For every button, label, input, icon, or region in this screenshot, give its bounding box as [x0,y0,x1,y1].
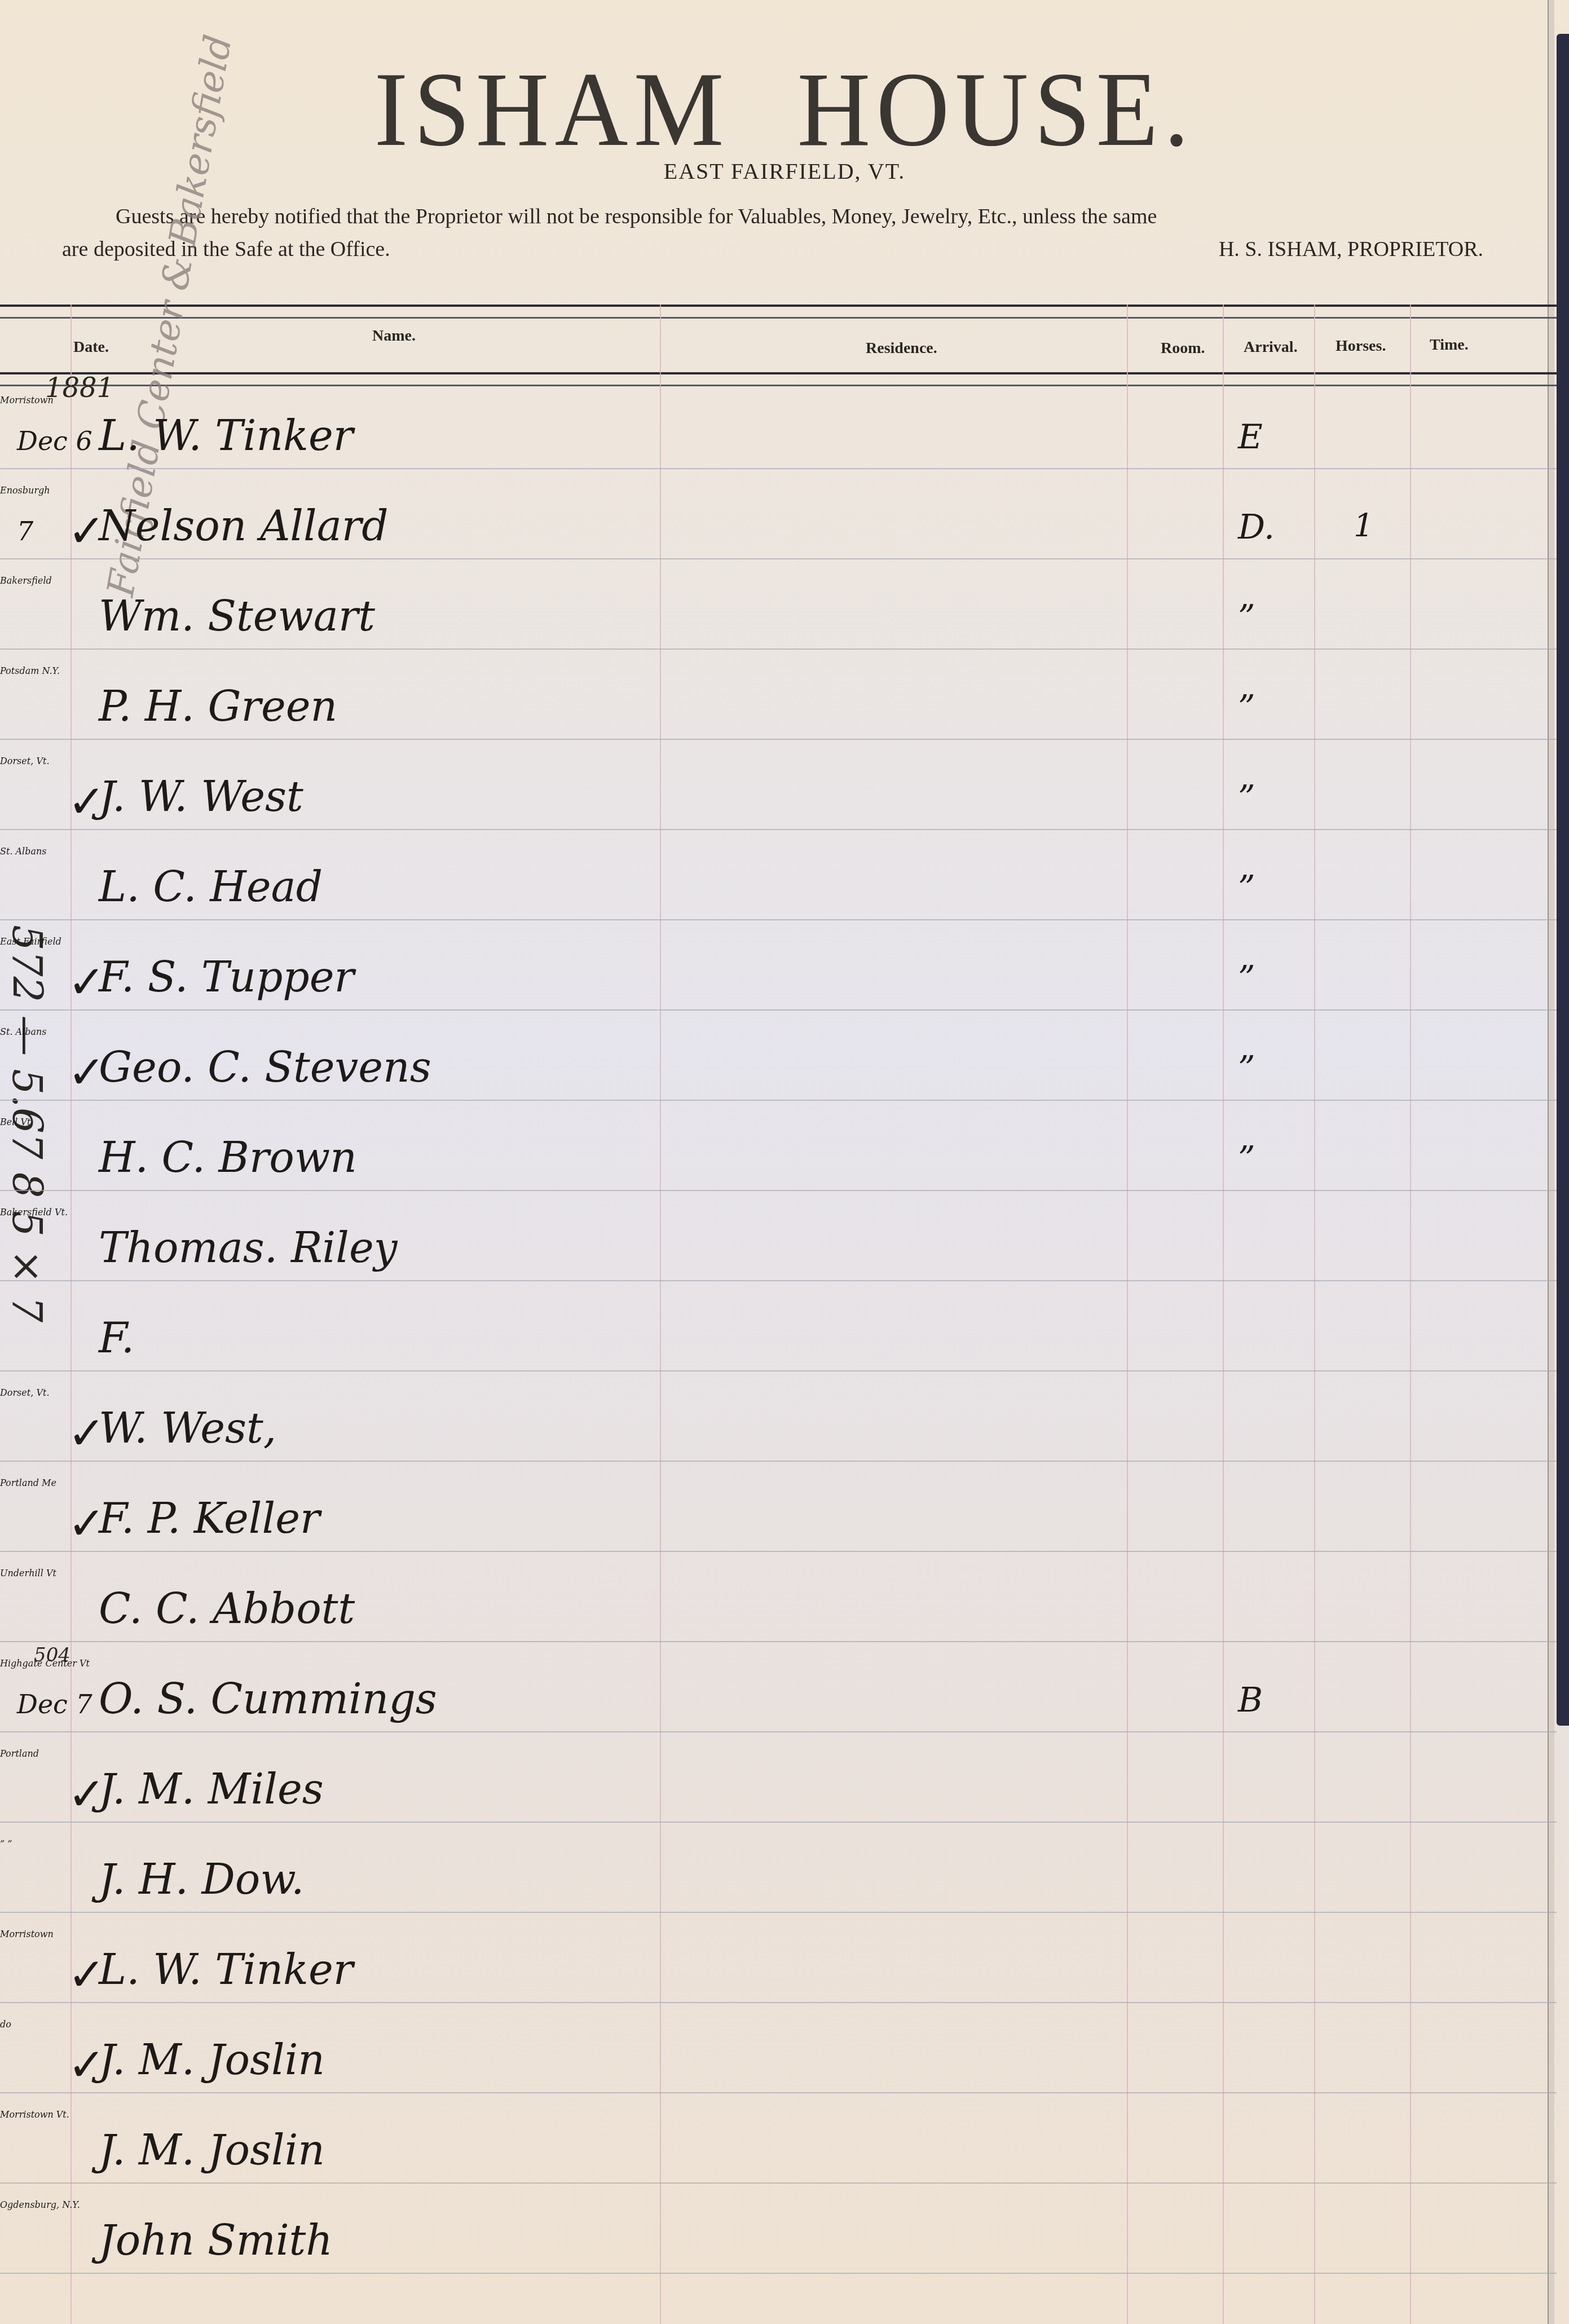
header-bottom-rule [0,372,1557,386]
guest-residence: Underhill Vt [0,1568,56,1578]
table-row: L. C. HeadSt. Albans” [0,846,1557,931]
table-row: ✓F. S. TupperEast Fairfield” [0,936,1557,1021]
table-row: H. C. BrownBell Vt” [0,1117,1557,1201]
guest-name: Geo. C. Stevens [99,1043,431,1092]
guest-residence: Highgate Center Vt [0,1658,90,1669]
guest-residence: ” ” [0,1838,12,1849]
notice-line-2-wrap: are deposited in the Safe at the Office.… [62,233,1528,266]
guest-residence: do [0,2019,11,2030]
header-top-rule [0,305,1557,319]
guest-residence: Portland [0,1748,39,1759]
guest-residence: Morristown [0,395,54,405]
arrival-cell: ” [1238,1049,1255,1088]
guest-name: J. M. Miles [99,1765,324,1814]
arrival-cell: ” [1238,598,1255,637]
col-room: Room. [1161,339,1205,358]
table-row: ✓J. M. Joslindo [0,2019,1557,2103]
proprietor-signature: H. S. ISHAM, PROPRIETOR. [1219,233,1483,266]
guest-name: F. [99,1314,134,1362]
table-row: John SmithOgdensburg, N.Y. [0,2199,1557,2284]
column-headers: Date. Name. Residence. Room. Arrival. Ho… [0,321,1557,372]
table-row: P. H. GreenPotsdam N.Y.” [0,665,1557,750]
guest-name: J. M. Joslin [99,2126,325,2175]
table-row: ✓J. W. WestDorset, Vt.” [0,756,1557,840]
guest-residence: Enosburgh [0,485,50,496]
table-row: ✓Geo. C. StevensSt. Albans” [0,1026,1557,1111]
guest-name: Wm. Stewart [99,592,375,641]
guest-name: W. West, [99,1404,276,1453]
guest-name: Nelson Allard [99,502,389,550]
guest-residence: St. Albans [0,1026,47,1037]
notice-line-1: Guests are hereby notified that the Prop… [62,200,1528,233]
arrival-cell: B [1238,1681,1263,1720]
notice-line-2: are deposited in the Safe at the Office. [62,233,390,266]
guest-name: J. W. West [99,773,303,821]
guest-residence: Morristown Vt. [0,2109,69,2120]
guest-name: P. H. Green [99,682,337,731]
book-spine [1557,34,1569,1726]
guest-residence: Bakersfield Vt. [0,1207,68,1218]
date-cell: 7 [17,516,33,546]
guest-name: F. S. Tupper [99,953,354,1002]
arrival-cell: ” [1238,959,1255,998]
col-horses: Horses. [1336,337,1386,355]
arrival-cell: ” [1238,688,1255,727]
table-row: Dec 6L. W. TinkerMorristownE [0,395,1557,479]
horses-cell: 1 [1354,508,1374,544]
arrival-cell: ” [1238,778,1255,818]
guest-name: L. W. Tinker [99,1946,353,1994]
table-row: C. C. AbbottUnderhill Vt [0,1568,1557,1652]
arrival-cell: E [1238,417,1263,457]
register-page: ISHAMHOUSE. EAST FAIRFIELD, VT. Guests a… [0,0,1569,2324]
table-row: Thomas. RileyBakersfield Vt. [0,1207,1557,1291]
table-row: J. M. JoslinMorristown Vt. [0,2109,1557,2194]
date-cell: Dec 6 [17,426,92,456]
col-time: Time. [1430,336,1469,354]
table-row: 7✓Nelson AllardEnosburghD.1 [0,485,1557,570]
guest-residence: Bell Vt [0,1117,31,1127]
col-arrival: Arrival. [1244,338,1298,356]
table-row: ✓L. W. TinkerMorristown [0,1929,1557,2013]
col-residence: Residence. [866,339,937,358]
col-date: Date. [73,338,109,356]
table-row: Dec 7O. S. CummingsHighgate Center VtB [0,1658,1557,1743]
arrival-cell: D. [1238,508,1275,547]
table-row: Wm. StewartBakersfield” [0,575,1557,660]
guest-residence: St. Albans [0,846,47,857]
guest-residence: Dorset, Vt. [0,1387,49,1398]
title-part-2: HOUSE. [797,50,1195,168]
guest-name: Thomas. Riley [99,1224,398,1272]
arrival-cell: ” [1238,1139,1255,1179]
guest-notice: Guests are hereby notified that the Prop… [62,200,1528,266]
guest-name: J. M. Joslin [99,2036,325,2084]
guest-name: C. C. Abbott [99,1585,355,1633]
table-row: ✓W. West,Dorset, Vt. [0,1387,1557,1472]
table-row: ✓F. P. KellerPortland Me [0,1478,1557,1562]
hotel-location: EAST FAIRFIELD, VT. [0,158,1569,184]
guest-residence: Bakersfield [0,575,52,586]
table-row: J. H. Dow.” ” [0,1838,1557,1923]
title-part-1: ISHAM [374,50,729,168]
guest-residence: Ogdensburg, N.Y. [0,2199,80,2210]
guest-name: H. C. Brown [99,1134,357,1182]
guest-name: J. H. Dow. [99,1855,305,1904]
table-row: ✓J. M. MilesPortland [0,1748,1557,1833]
guest-residence: Potsdam N.Y. [0,665,60,676]
table-row: F. [0,1297,1557,1382]
date-cell: Dec 7 [17,1689,92,1719]
guest-residence: Morristown [0,1929,54,1939]
guest-name: O. S. Cummings [99,1675,437,1723]
guest-residence: East Fairfield [0,936,61,947]
guest-name: John Smith [99,2216,333,2265]
guest-name: L. W. Tinker [99,412,353,460]
guest-name: F. P. Keller [99,1494,320,1543]
col-name: Name. [372,327,416,345]
guest-name: L. C. Head [99,863,323,911]
arrival-cell: ” [1238,868,1255,908]
guest-residence: Portland Me [0,1478,56,1488]
guest-residence: Dorset, Vt. [0,756,49,766]
